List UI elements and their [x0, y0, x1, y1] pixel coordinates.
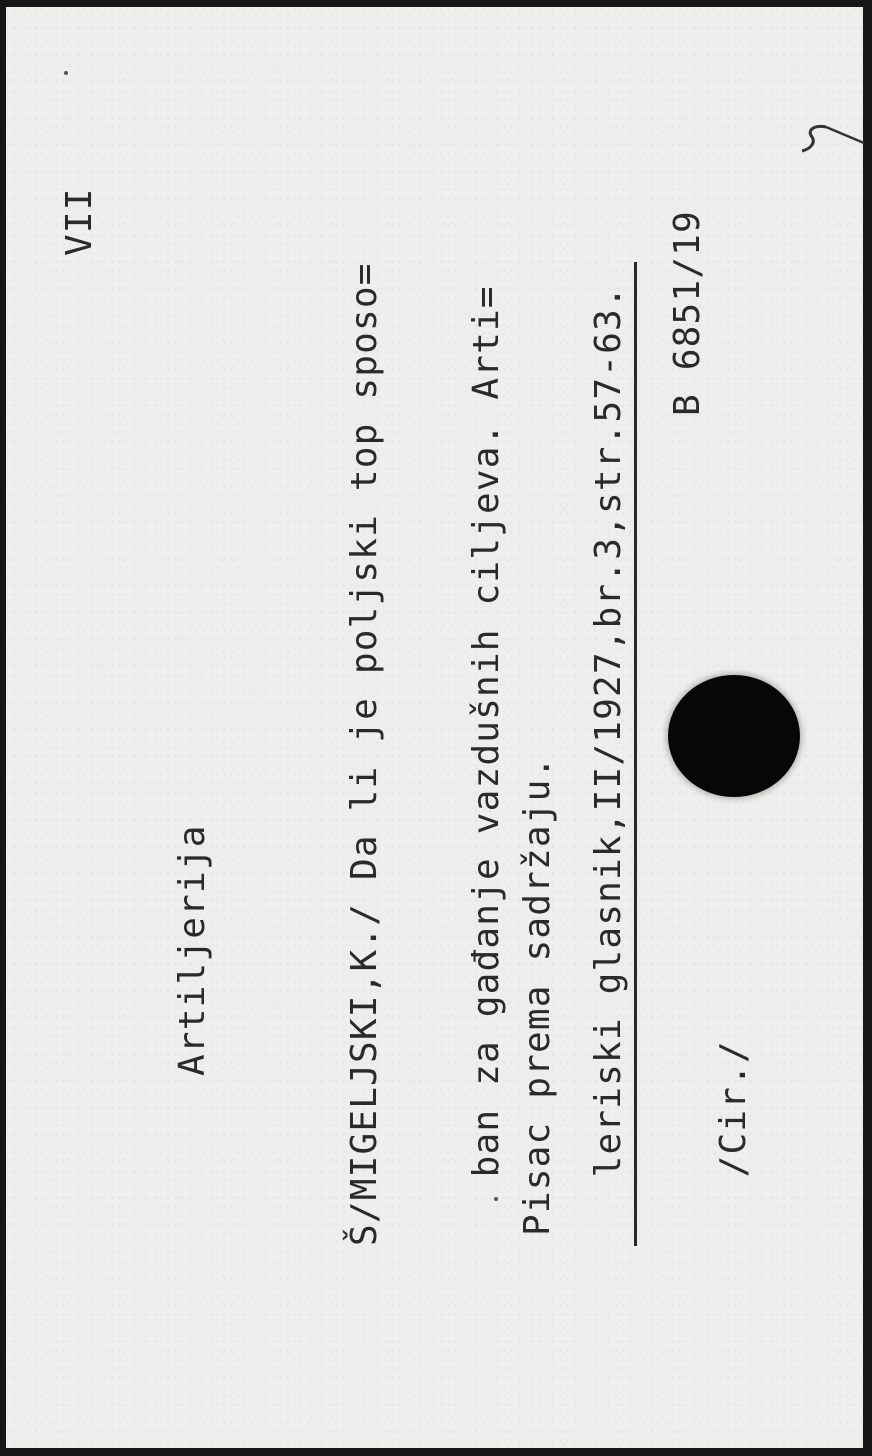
call-number: B 6851/19 — [670, 210, 706, 416]
entry-line-1: Š/MIGELJSKI,K./ Da li je poljski top spo… — [340, 262, 390, 1246]
entry-line-4: /Cir./ — [709, 262, 759, 1246]
subject-heading: Artiljerija — [175, 824, 211, 1076]
card-text-layer: VII Artiljerija Š/MIGELJSKI,K./ Da li je… — [0, 0, 872, 1456]
author-note: Pisac prema sadržaju. — [520, 756, 556, 1236]
entry-line-3: leriski glasnik,II/1927,br.3,str.57-63. — [584, 262, 637, 1246]
section-number: VII — [62, 187, 98, 256]
entry-line-2: ban za gađanje vazdušnih ciljeva. Arti= — [462, 262, 512, 1246]
